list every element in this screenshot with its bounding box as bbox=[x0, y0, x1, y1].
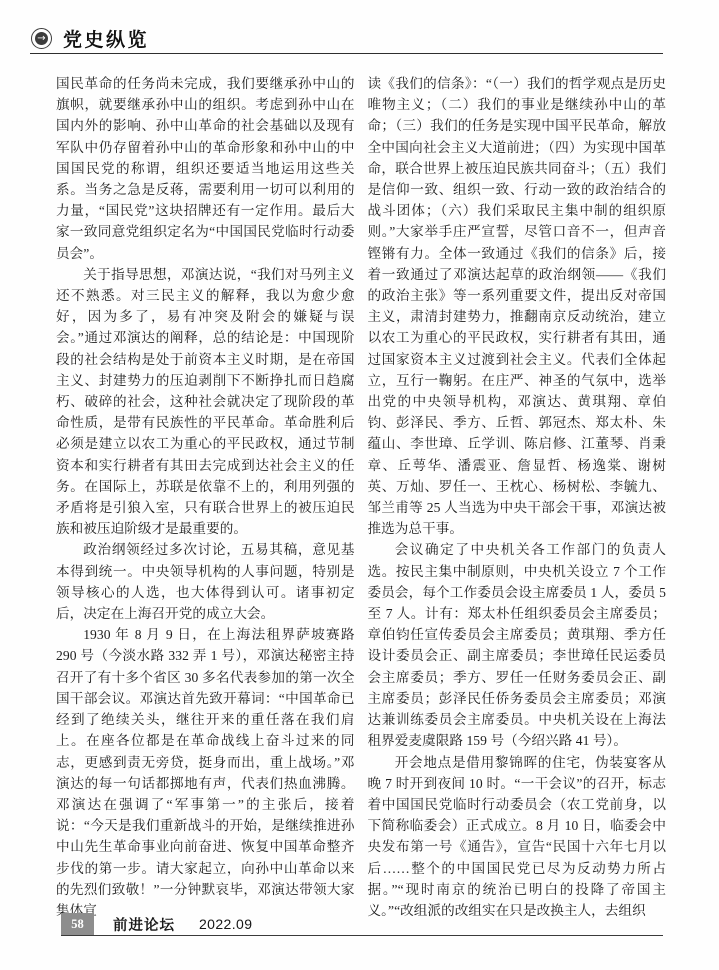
paragraph: 关于指导思想，邓演达说，“我们对马列主义还不熟悉。对三民主义的解释，我以为愈少愈… bbox=[56, 264, 355, 540]
issue-number: 2022.09 bbox=[199, 916, 252, 932]
paragraph: 读《我们的信条》：“（一）我们的哲学观点是历史唯物主义；（二）我们的事业是继续孙… bbox=[368, 73, 667, 539]
page-number-badge: 58 bbox=[61, 913, 94, 935]
journal-name: 前进论坛 bbox=[113, 914, 175, 935]
paragraph: 开会地点是借用黎锦晖的住宅，伪装宴客从晚 7 时开到夜间 10 时。“一干会议”… bbox=[368, 752, 667, 922]
right-column: 读《我们的信条》：“（一）我们的哲学观点是历史唯物主义；（二）我们的事业是继续孙… bbox=[368, 73, 667, 921]
paragraph: 1930 年 8 月 9 日，在上海法租界萨坡赛路 290 号（今淡水路 332… bbox=[56, 624, 355, 921]
arrow-glyph: → bbox=[35, 32, 48, 45]
circled-right-arrow-icon: → bbox=[31, 28, 52, 49]
header-divider bbox=[30, 53, 663, 54]
paragraph: 政治纲领经过多次讨论，五易其稿，意见基本得到统一。中央领导机构的人事问题，特别是… bbox=[56, 539, 355, 624]
magazine-page: → 党史纵览 国民革命的任务尚未完成，我们要继承孙中山的旗帜，就要继承孙中山的组… bbox=[0, 0, 719, 970]
page-footer: 58 前进论坛 2022.09 bbox=[61, 913, 663, 936]
section-title: 党史纵览 bbox=[63, 25, 149, 52]
article-body: 国民革命的任务尚未完成，我们要继承孙中山的旗帜，就要继承孙中山的组织。考虑到孙中… bbox=[56, 73, 666, 921]
page-header: → 党史纵览 bbox=[31, 25, 149, 52]
paragraph: 会议确定了中央机关各工作部门的负责人选。按民主集中制原则，中央机关设立 7 个工… bbox=[368, 539, 667, 751]
paragraph: 国民革命的任务尚未完成，我们要继承孙中山的旗帜，就要继承孙中山的组织。考虑到孙中… bbox=[56, 73, 355, 264]
left-column: 国民革命的任务尚未完成，我们要继承孙中山的旗帜，就要继承孙中山的组织。考虑到孙中… bbox=[56, 73, 355, 921]
